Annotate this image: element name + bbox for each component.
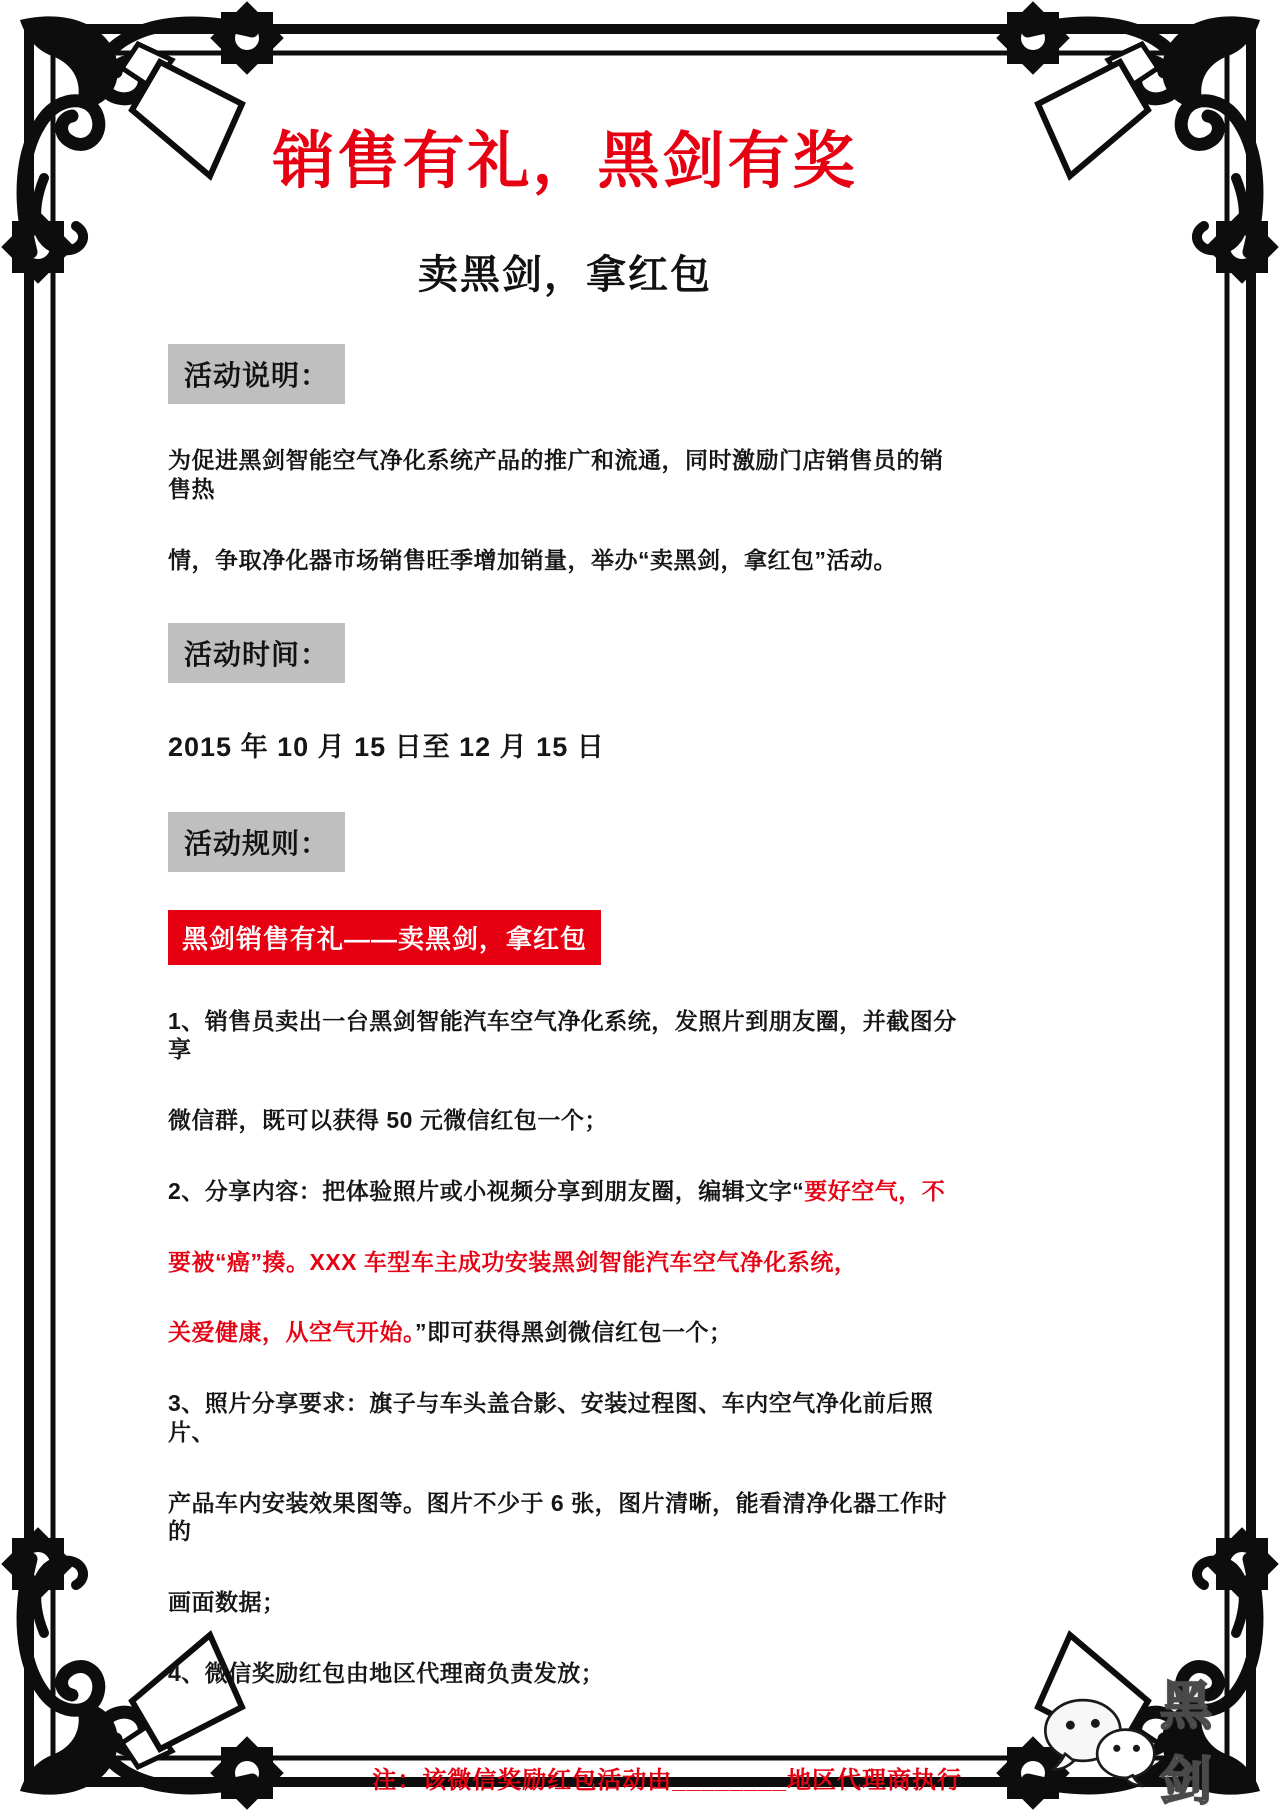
- rule-text-highlight: 要被“癌”揍。XXX 车型车主成功安装黑剑智能汽车空气净化系统，: [168, 1249, 857, 1275]
- rule-item-line: 2、分享内容：把体验照片或小视频分享到朋友圈，编辑文字“要好空气，不: [168, 1177, 962, 1206]
- brand-logo: 黑剑: [1040, 1688, 1260, 1798]
- rule-text: 4、微信奖励红包由地区代理商负责发放；: [168, 1660, 604, 1686]
- section-header-time: 活动时间：: [168, 623, 345, 683]
- rule-item-line: 4、微信奖励红包由地区代理商负责发放；: [168, 1659, 962, 1688]
- rule-text: 3、照片分享要求：旗子与车头盖合影、安装过程图、车内空气净化前后照片、: [168, 1390, 933, 1445]
- activity-date: 2015 年 10 月 15 日至 12 月 15 日: [168, 725, 962, 764]
- rule-item-line: 要被“癌”揍。XXX 车型车主成功安装黑剑智能汽车空气净化系统，: [168, 1248, 962, 1277]
- rule-item-line: 1、销售员卖出一台黑剑智能汽车空气净化系统，发照片到朋友圈，并截图分享: [168, 1007, 962, 1065]
- rule-text: ”即可获得黑剑微信红包一个；: [415, 1319, 733, 1345]
- brand-name: 黑剑: [1160, 1664, 1260, 1811]
- section-header-rules: 活动规则：: [168, 812, 345, 872]
- rule-text: 微信群，既可以获得 50 元微信红包一个；: [168, 1107, 608, 1133]
- rule-text: 1、销售员卖出一台黑剑智能汽车空气净化系统，发照片到朋友圈，并截图分享: [168, 1008, 957, 1063]
- rule-item-line: 关爱健康，从空气开始。”即可获得黑剑微信红包一个；: [168, 1318, 962, 1347]
- section-header-description: 活动说明：: [168, 344, 345, 404]
- rule-text-highlight: 要好空气，不: [804, 1178, 945, 1204]
- agent-note: 注：该微信奖励红包活动由________地区代理商执行: [168, 1760, 962, 1795]
- rule-text: 画面数据；: [168, 1589, 286, 1615]
- description-line: 为促进黑剑智能空气净化系统产品的推广和流通，同时激励门店销售员的销售热: [168, 446, 962, 504]
- rule-text: 2、分享内容：把体验照片或小视频分享到朋友圈，编辑文字“: [168, 1178, 804, 1204]
- page-title: 销售有礼，黑剑有奖: [168, 126, 962, 197]
- wechat-icon: [1040, 1693, 1174, 1793]
- page-subtitle: 卖黑剑，拿红包: [168, 243, 962, 300]
- description-line: 情，争取净化器市场销售旺季增加销量，举办“卖黑剑，拿红包”活动。: [168, 546, 962, 575]
- rules-banner: 黑剑销售有礼——卖黑剑，拿红包: [168, 910, 601, 965]
- rule-text-highlight: 关爱健康，从空气开始。: [168, 1319, 415, 1345]
- rule-item-line: 微信群，既可以获得 50 元微信红包一个；: [168, 1106, 962, 1135]
- rule-item-line: 3、照片分享要求：旗子与车头盖合影、安装过程图、车内空气净化前后照片、: [168, 1389, 962, 1447]
- rule-text: 产品车内安装效果图等。图片不少于 6 张，图片清晰，能看清净化器工作时的: [168, 1490, 947, 1545]
- poster-page: 销售有礼，黑剑有奖 卖黑剑，拿红包 活动说明： 为促进黑剑智能空气净化系统产品的…: [0, 0, 1280, 1811]
- rule-item-line: 画面数据；: [168, 1588, 962, 1617]
- rule-item-line: 产品车内安装效果图等。图片不少于 6 张，图片清晰，能看清净化器工作时的: [168, 1489, 962, 1547]
- poster-content: 销售有礼，黑剑有奖 卖黑剑，拿红包 活动说明： 为促进黑剑智能空气净化系统产品的…: [168, 126, 962, 1795]
